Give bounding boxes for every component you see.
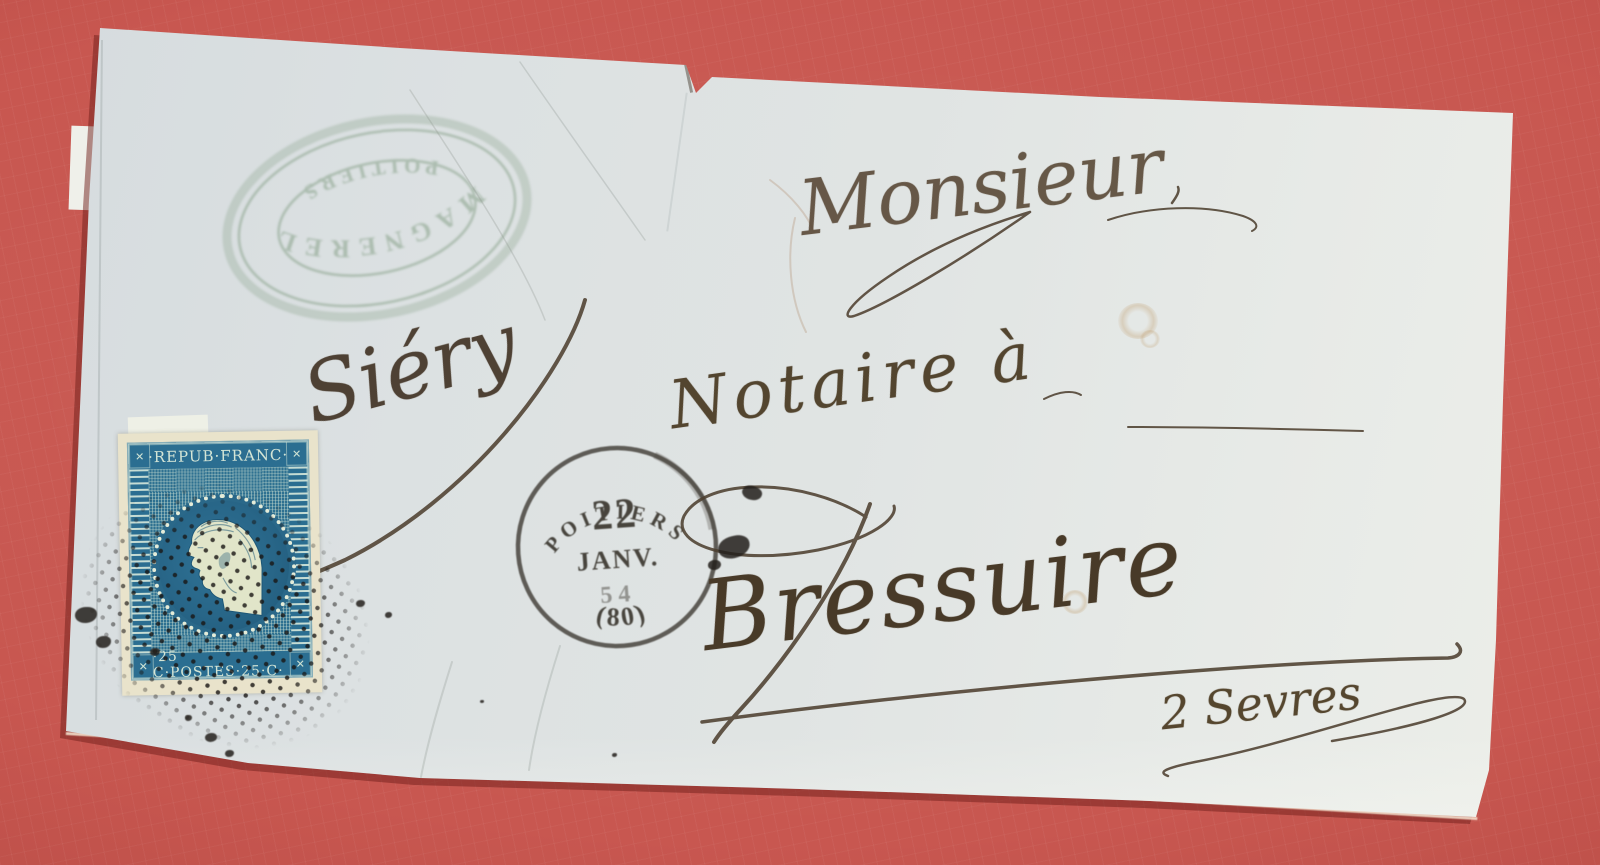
- photo-of-postal-cover: MAGNEREL POITIERS: [0, 0, 1600, 865]
- letter-paper: MAGNEREL POITIERS: [0, 0, 1600, 865]
